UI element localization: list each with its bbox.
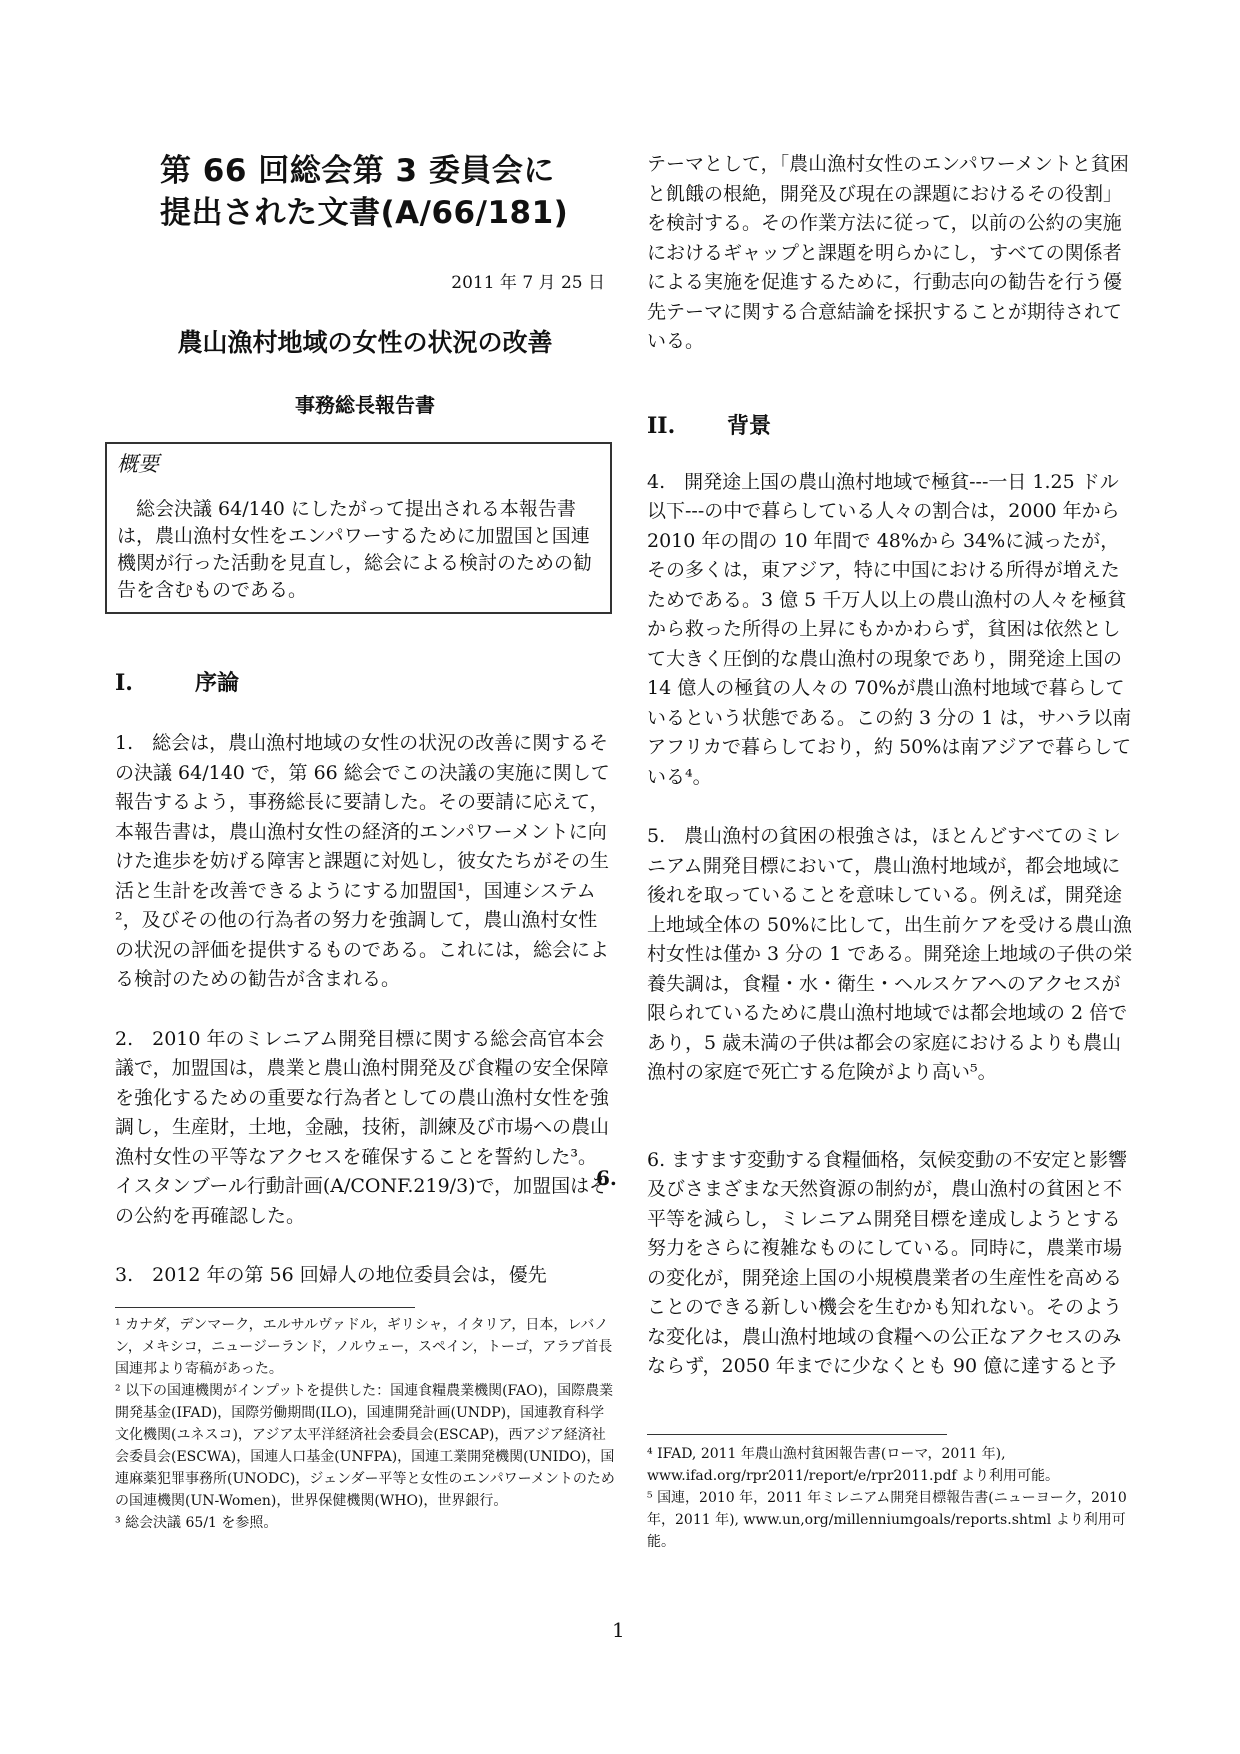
left-column: 第 66 回総会第 3 委員会に 提出された文書(A/66/181) 2011 …: [115, 150, 615, 1534]
section-title: 序論: [195, 670, 239, 696]
paragraph-3-continued: テーマとして，「農山漁村女性のエンパワーメントと貧困と飢餓の根絶，開発及び現在の…: [647, 150, 1137, 357]
document-byline: 事務総長報告書: [115, 389, 615, 418]
footnotes-right: ⁴ IFAD, 2011 年農山漁村貧困報告書(ローマ，2011 年), www…: [647, 1443, 1137, 1553]
paragraph-5: 5. 農山漁村の貧困の根強さは，ほとんどすべてのミレニアム開発目標において，農山…: [647, 822, 1137, 1088]
title-line-1: 第 66 回総会第 3 委員会に: [160, 150, 615, 192]
footnote-4: ⁴ IFAD, 2011 年農山漁村貧困報告書(ローマ，2011 年), www…: [647, 1443, 1137, 1487]
section-heading-introduction: I.序論: [115, 666, 615, 697]
document-title: 第 66 回総会第 3 委員会に 提出された文書(A/66/181): [160, 150, 615, 234]
footnotes-left: ¹ カナダ，デンマーク，エルサルヴァドル，ギリシャ，イタリア，日本，レバノン，メ…: [115, 1314, 615, 1534]
paragraph-6: 6. ますます変動する食糧価格，気候変動の不安定と影響及びさまざまな天然資源の制…: [647, 1146, 1137, 1382]
footnote-5: ⁵ 国連，2010 年，2011 年ミレニアム開発目標報告書(ニューヨーク，20…: [647, 1487, 1137, 1553]
title-line-2: 提出された文書(A/66/181): [160, 192, 615, 234]
paragraph-6-marker: 6.: [596, 1166, 617, 1190]
document-subtitle: 農山漁村地域の女性の状況の改善: [115, 323, 615, 359]
section-number: I.: [115, 670, 195, 696]
footnote-1: ¹ カナダ，デンマーク，エルサルヴァドル，ギリシャ，イタリア，日本，レバノン，メ…: [115, 1314, 615, 1380]
footnote-divider: [115, 1307, 415, 1308]
section-title: 背景: [727, 413, 771, 439]
footnote-2: ² 以下の国連機関がインプットを提供した：国連食糧農業機関(FAO)，国際農業開…: [115, 1380, 615, 1512]
paragraph-3: 3. 2012 年の第 56 回婦人の地位委員会は，優先: [115, 1261, 615, 1291]
right-column: テーマとして，「農山漁村女性のエンパワーメントと貧困と飢餓の根絶，開発及び現在の…: [647, 150, 1137, 1553]
summary-text: 総会決議 64/140 にしたがって提出される本報告書は，農山漁村女性をエンパワ…: [117, 496, 600, 604]
footnote-3: ³ 総会決議 65/1 を参照。: [115, 1512, 615, 1534]
summary-heading: 概要: [117, 448, 600, 478]
document-date: 2011 年 7 月 25 日: [115, 268, 605, 293]
page-number: 1: [612, 1618, 625, 1642]
summary-box: 概要 総会決議 64/140 にしたがって提出される本報告書は，農山漁村女性をエ…: [105, 442, 612, 614]
paragraph-4: 4. 開発途上国の農山漁村地域で極貧---一日 1.25 ドル以下---の中で暮…: [647, 468, 1137, 793]
section-heading-background: II.背景: [647, 409, 1137, 440]
paragraph-1: 1. 総会は，農山漁村地域の女性の状況の改善に関するその決議 64/140 で，…: [115, 729, 615, 995]
footnote-divider: [647, 1434, 947, 1435]
paragraph-2: 2. 2010 年のミレニアム開発目標に関する総会高官本会議で，加盟国は，農業と…: [115, 1025, 615, 1232]
section-number: II.: [647, 413, 727, 439]
